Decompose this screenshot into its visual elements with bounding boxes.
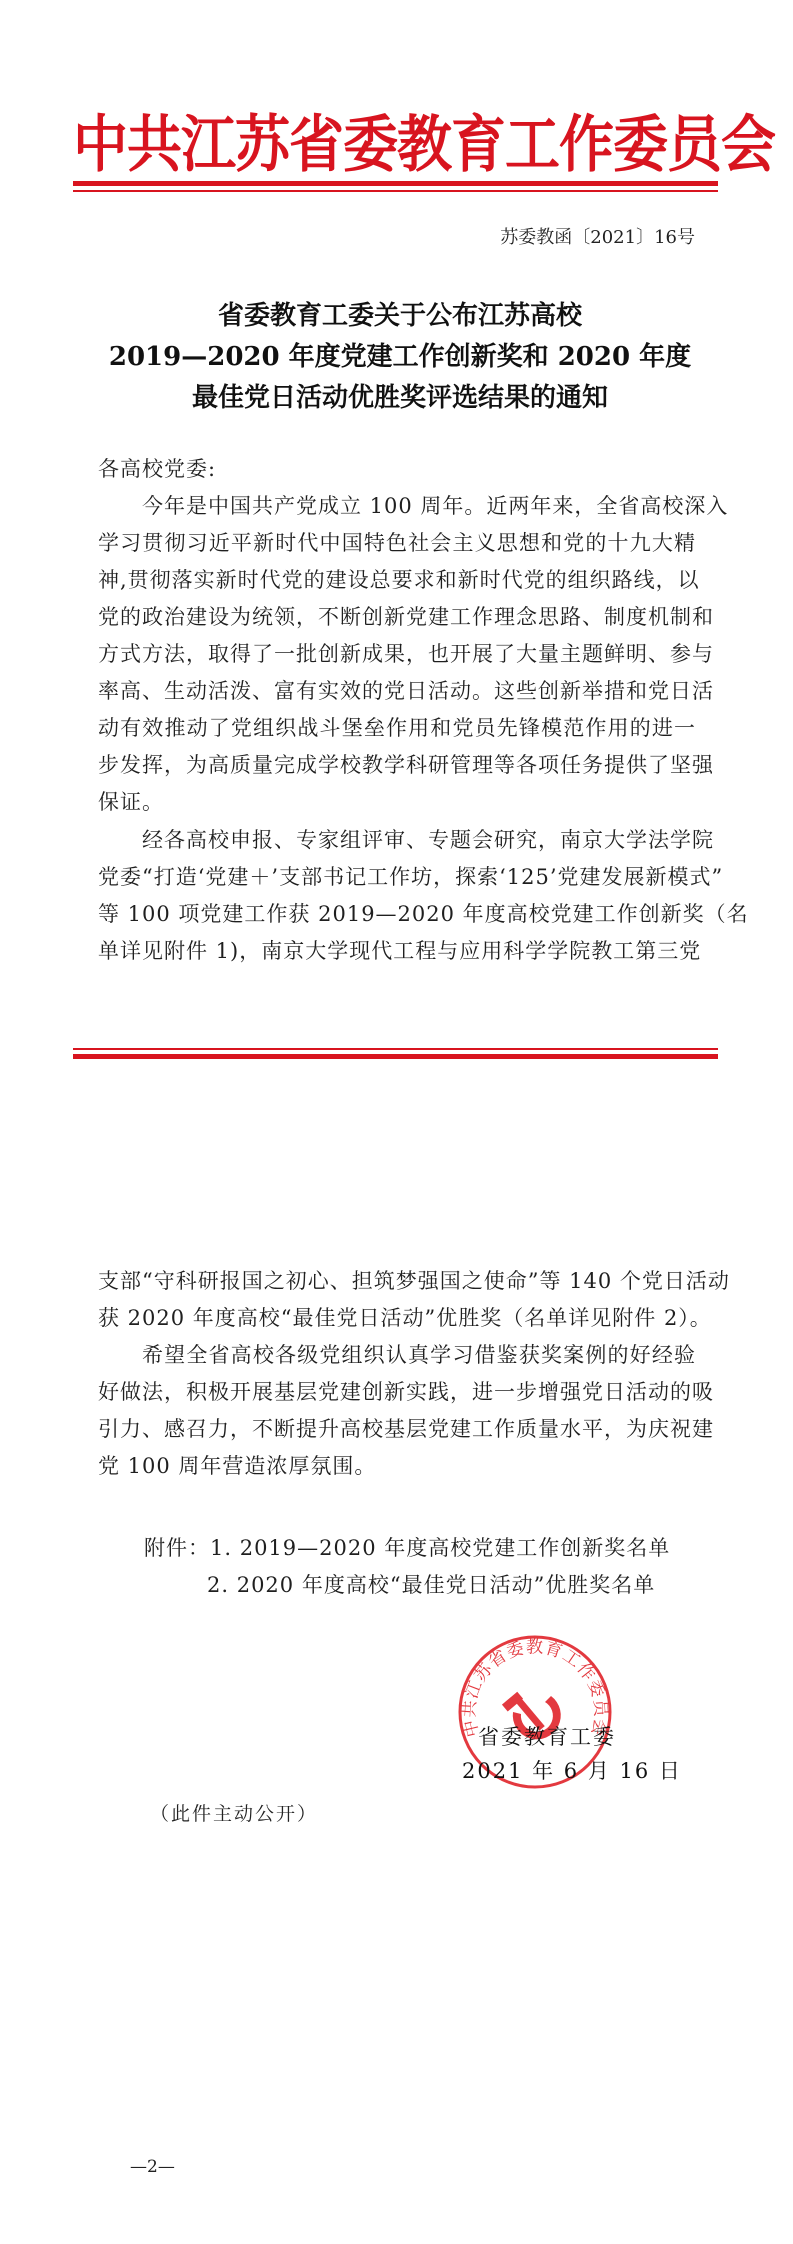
body-line: 学习贯彻习近平新时代中国特色社会主义思想和党的十九大精: [98, 525, 696, 562]
salutation: 各高校党委:: [98, 451, 696, 488]
disclosure-note: （此件主动公开）: [150, 1800, 318, 1828]
document-title-line: 省委教育工委关于公布江苏高校: [80, 296, 720, 337]
attachment-item: 1. 2019—2020 年度高校党建工作创新奖名单: [210, 1536, 670, 1560]
body-line: 希望全省高校各级党组织认真学习借鉴获奖案例的好经验: [98, 1337, 696, 1374]
document-title-line: 最佳党日活动优胜奖评选结果的通知: [80, 378, 720, 419]
attachment-item-2: 2. 2020 年度高校“最佳党日活动”优胜奖名单: [207, 1567, 655, 1604]
body-line: 方式方法，取得了一批创新成果，也开展了大量主题鲜明、参与: [98, 636, 696, 673]
body-line: 动有效推动了党组织战斗堡垒作用和党员先锋模范作用的进一: [98, 710, 696, 747]
body-line: 获 2020 年度高校“最佳党日活动”优胜奖（名单详见附件 2）。: [98, 1300, 696, 1337]
body-line: 党的政治建设为统领，不断创新党建工作理念思路、制度机制和: [98, 599, 696, 636]
attachments-label: 附件：: [144, 1536, 210, 1560]
body-line: 保证。: [98, 784, 696, 821]
paragraph-3: 希望全省高校各级党组织认真学习借鉴获奖案例的好经验 好做法，积极开展基层党建创新…: [98, 1337, 696, 1485]
body-line: 率高、生动活泼、富有实效的党日活动。这些创新举措和党日活: [98, 673, 696, 710]
body-line: 单详见附件 1)，南京大学现代工程与应用科学学院教工第三党: [98, 933, 696, 970]
salutation-text: 各高校党委:: [98, 451, 696, 488]
document-title-line: 2019—2020 年度党建工作创新奖和 2020 年度: [80, 337, 720, 378]
body-line: 神,贯彻落实新时代党的建设总要求和新时代党的组织路线，以: [98, 562, 696, 599]
body-line: 步发挥，为高质量完成学校教学科研管理等各项任务提供了坚强: [98, 747, 696, 784]
body-line: 引力、感召力，不断提升高校基层党建工作质量水平，为庆祝建: [98, 1411, 696, 1448]
body-line: 好做法，积极开展基层党建创新实践，进一步增强党日活动的吸: [98, 1374, 696, 1411]
document-number: 苏委教函〔2021〕16号: [500, 226, 695, 250]
page-number: —2—: [130, 2157, 175, 2177]
document-title: 省委教育工委关于公布江苏高校 2019—2020 年度党建工作创新奖和 2020…: [80, 296, 720, 419]
page-break-rule-thick: [73, 1054, 718, 1059]
signature-issuer: 省委教育工委: [478, 1722, 616, 1752]
attachment-item: 2. 2020 年度高校“最佳党日活动”优胜奖名单: [207, 1573, 655, 1597]
letterhead-rule-thin: [73, 190, 718, 192]
body-line: 经各高校申报、专家组评审、专题会研究，南京大学法学院: [98, 822, 696, 859]
paragraph-1: 今年是中国共产党成立 100 周年。近两年来，全省高校深入 学习贯彻习近平新时代…: [98, 488, 696, 821]
attachments: 附件：1. 2019—2020 年度高校党建工作创新奖名单: [144, 1530, 670, 1567]
body-line: 党委“打造‘党建＋’支部书记工作坊，探索‘125’党建发展新模式”: [98, 859, 696, 896]
body-line: 今年是中国共产党成立 100 周年。近两年来，全省高校深入: [98, 488, 696, 525]
paragraph-2-page-2: 支部“守科研报国之初心、担筑梦强国之使命”等 140 个党日活动 获 2020 …: [98, 1263, 696, 1337]
paragraph-2-page-1: 经各高校申报、专家组评审、专题会研究，南京大学法学院 党委“打造‘党建＋’支部书…: [98, 822, 696, 970]
letterhead-rule-thick: [73, 181, 718, 186]
body-line: 支部“守科研报国之初心、担筑梦强国之使命”等 140 个党日活动: [98, 1263, 696, 1300]
letterhead-organization: 中共江苏省委教育工作委员会: [73, 104, 718, 185]
signature-date: 2021 年 6 月 16 日: [462, 1756, 682, 1786]
body-line: 等 100 项党建工作获 2019—2020 年度高校党建工作创新奖（名: [98, 896, 696, 933]
page-break-rule-thin: [73, 1048, 718, 1050]
body-line: 党 100 周年营造浓厚氛围。: [98, 1448, 696, 1485]
